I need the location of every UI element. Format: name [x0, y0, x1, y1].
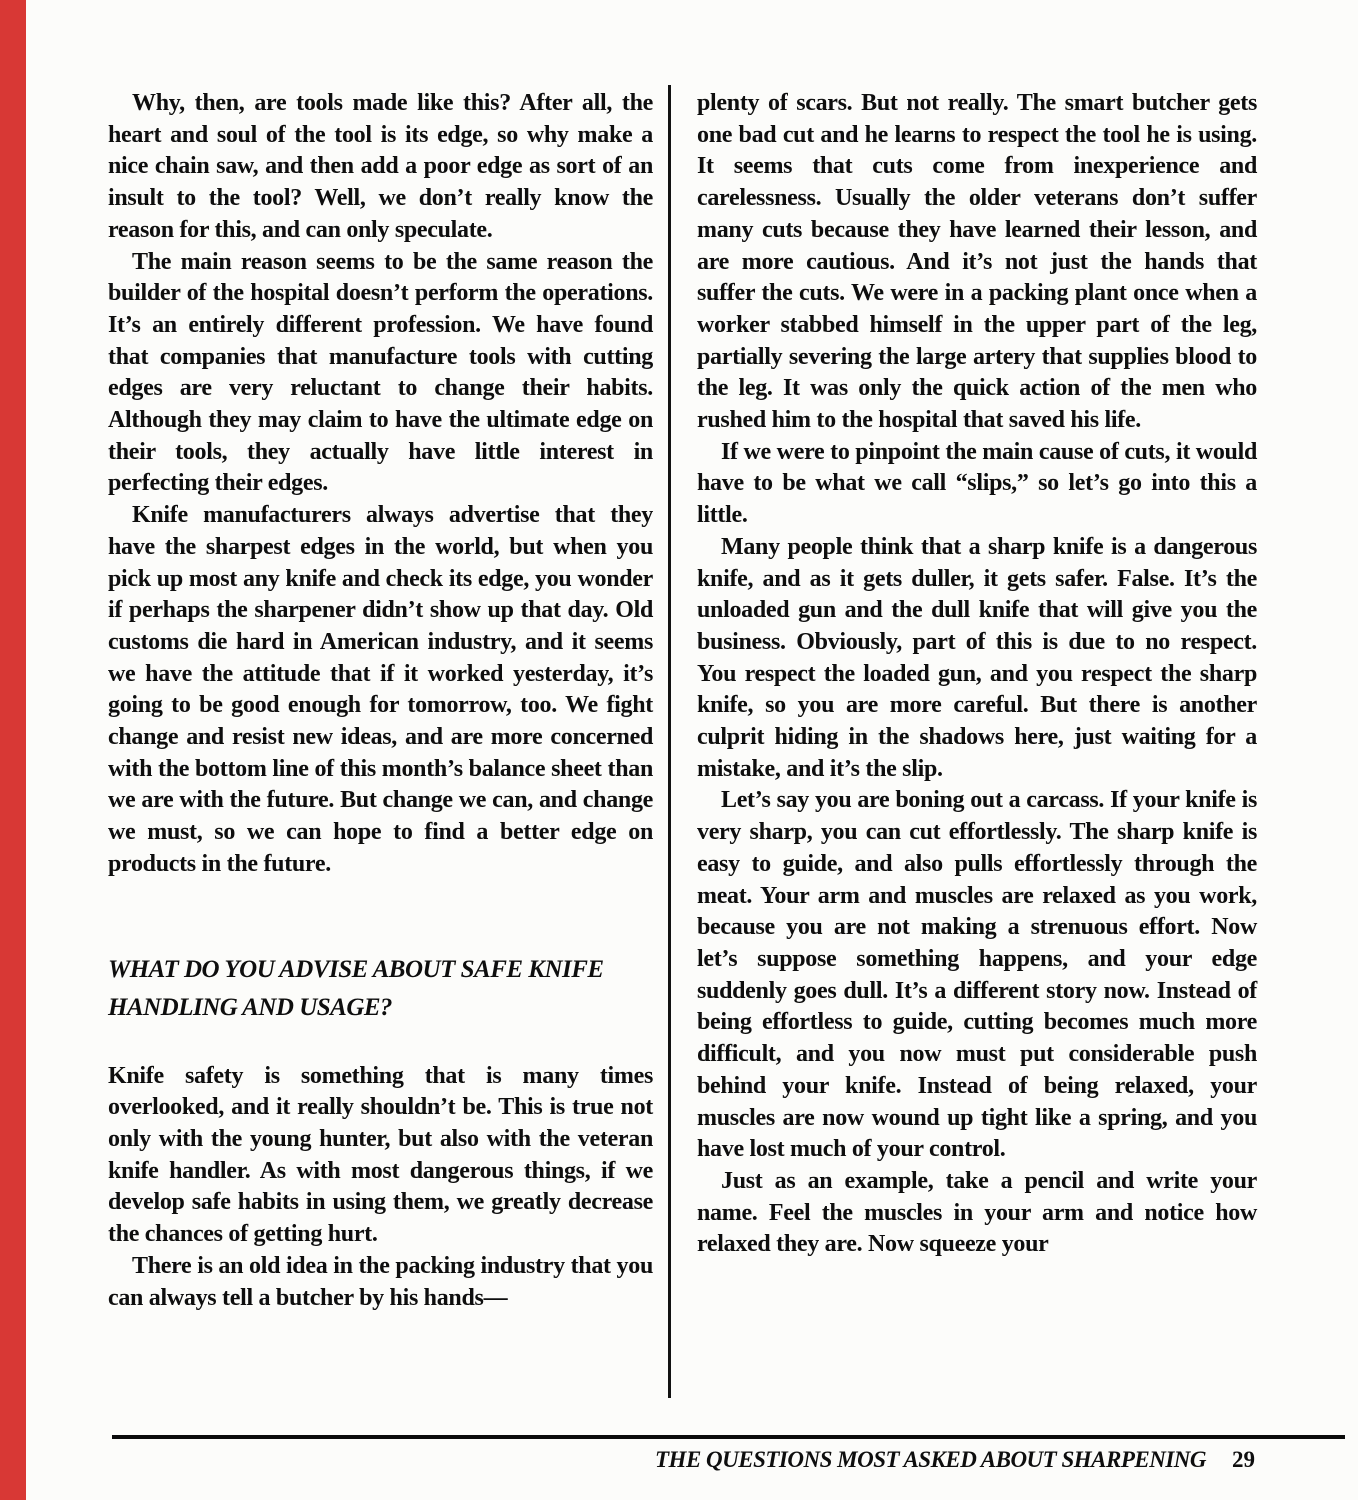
page-footer: THE QUESTIONS MOST ASKED ABOUT SHARPENIN…: [108, 1447, 1255, 1473]
right-text-column: plenty of scars. But not really. The sma…: [697, 88, 1257, 1261]
paragraph: Knife manufacturers always advertise tha…: [108, 500, 653, 880]
paragraph: Let’s say you are boning out a carcass. …: [697, 785, 1257, 1165]
paragraph: If we were to pinpoint the main cause of…: [697, 437, 1257, 532]
section-heading: WHAT DO YOU ADVISE ABOUT SAFE KNIFE HAND…: [108, 951, 653, 1027]
paragraph: Why, then, are tools made like this? Aft…: [108, 88, 653, 247]
paragraph: Just as an example, take a pencil and wr…: [697, 1166, 1257, 1261]
running-title: THE QUESTIONS MOST ASKED ABOUT SHARPENIN…: [655, 1447, 1206, 1472]
paragraph: The main reason seems to be the same rea…: [108, 247, 653, 501]
paragraph: There is an old idea in the packing indu…: [108, 1251, 653, 1314]
page-number: 29: [1232, 1447, 1255, 1472]
paragraph: Many people think that a sharp knife is …: [697, 532, 1257, 786]
left-text-column: Why, then, are tools made like this? Aft…: [108, 88, 653, 1314]
column-divider-rule: [668, 85, 671, 1398]
book-page: { "meta": { "page_type": "scanned-book-p…: [0, 0, 1358, 1500]
footer-rule: [112, 1435, 1345, 1439]
red-margin-stripe: [0, 0, 26, 1500]
paragraph: Knife safety is something that is many t…: [108, 1061, 653, 1251]
paragraph: plenty of scars. But not really. The sma…: [697, 88, 1257, 437]
